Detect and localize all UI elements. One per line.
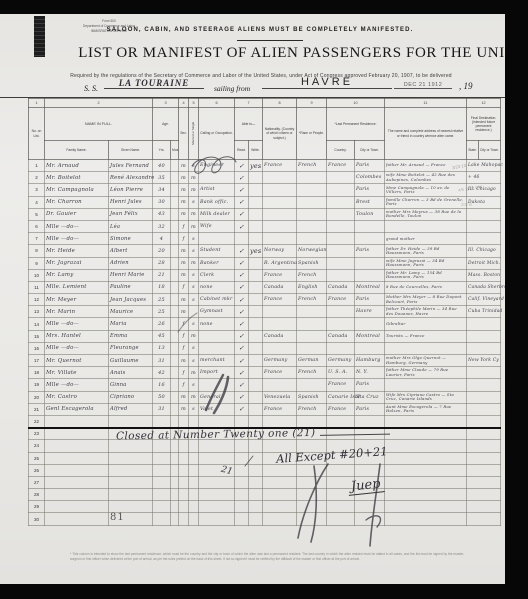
col-header-write: Write.	[249, 141, 263, 160]
cell-able-read	[235, 476, 249, 488]
cell-residence-city	[355, 257, 385, 269]
cell-age-years: 16	[153, 379, 171, 391]
col-header-married: Married or Single.	[189, 108, 199, 160]
cell-nationality	[263, 476, 297, 488]
cell-race	[297, 208, 327, 220]
cell-family-name	[45, 440, 109, 452]
cell-final-destination	[467, 428, 501, 440]
cell-nearest-relative	[385, 501, 467, 513]
cell-final-destination	[467, 452, 501, 464]
cell-able-write: yes	[249, 245, 263, 257]
cell-row-number: 1	[29, 160, 45, 172]
cell-row-number: 27	[29, 476, 45, 488]
cell-occupation	[199, 342, 235, 354]
cell-able-read: ✓	[235, 220, 249, 232]
cell-age-years: 35	[153, 172, 171, 184]
cell-marital-status	[189, 476, 199, 488]
cell-marital-status	[189, 452, 199, 464]
cell-age-years: 42	[153, 367, 171, 379]
cell-race: Spanish	[297, 391, 327, 403]
cell-family-name	[45, 513, 109, 525]
cell-race	[297, 233, 327, 245]
cell-sex: m	[179, 184, 189, 196]
cell-final-destination	[467, 367, 501, 379]
cell-marital-status: s	[189, 281, 199, 293]
cell-age-years: 21	[153, 269, 171, 281]
cell-nationality	[263, 220, 297, 232]
cell-final-destination	[467, 501, 501, 513]
cell-able-write	[249, 501, 263, 513]
cell-age-years: 18	[153, 281, 171, 293]
date-stamp: DEC 21 1912	[394, 82, 452, 89]
cell-sex: m	[179, 355, 189, 367]
cell-marital-status: s	[189, 294, 199, 306]
cell-nearest-relative: Mme Campagnola — 10 av. de Villiers, Par…	[385, 184, 467, 196]
cell-residence-city: Montreal	[355, 281, 385, 293]
column-labels-row: No. on List. NAME IN FULL. Age. Sex. Mar…	[29, 108, 501, 141]
cell-able-write	[249, 440, 263, 452]
cell-able-read	[235, 452, 249, 464]
cell-residence-country	[327, 513, 355, 525]
cell-race	[297, 513, 327, 525]
cell-family-name: Genl Escagerola	[45, 403, 109, 415]
cell-given-name: Maria	[109, 318, 153, 330]
cell-age-years: 25	[153, 294, 171, 306]
cell-final-destination	[467, 318, 501, 330]
col-header-relative: The name and complete address of nearest…	[385, 108, 467, 160]
sailing-from-label: sailing from	[214, 84, 250, 93]
cell-able-write	[249, 184, 263, 196]
col-header-dest-state: State.	[467, 141, 479, 160]
cell-given-name: Anais	[109, 367, 153, 379]
cell-sex: f	[179, 330, 189, 342]
cell-family-name: Mlle —do—	[45, 220, 109, 232]
cell-sex: f	[179, 379, 189, 391]
cell-able-read: ✓	[235, 403, 249, 415]
cell-given-name: Henri Jules	[109, 196, 153, 208]
footnote: * This column is intended to show the la…	[70, 552, 464, 562]
cell-residence-country: Canada	[327, 281, 355, 293]
cell-nearest-relative: grand mother	[385, 233, 467, 245]
cell-family-name: Mr. Meyer	[45, 294, 109, 306]
cell-race	[297, 220, 327, 232]
cell-able-read: ✓	[235, 281, 249, 293]
cell-final-destination: Cuba Trinidad	[467, 306, 501, 318]
cell-marital-status: m	[189, 367, 199, 379]
manifest-notice: SALOON, CABIN, AND STEERAGE ALIENS MUST …	[30, 27, 490, 33]
cell-nearest-relative: Aunt Mme Escagerola — 7 Rue Halzen, Pari…	[385, 403, 467, 415]
cell-row-number: 24	[29, 440, 45, 452]
cell-able-read: ✓	[235, 172, 249, 184]
cell-race: German	[297, 355, 327, 367]
cell-able-write	[249, 476, 263, 488]
col-header-married-label: Married or Single.	[192, 121, 196, 145]
cell-occupation: Banker	[199, 257, 235, 269]
ink-stamp-bar	[34, 16, 45, 57]
cell-race	[297, 172, 327, 184]
cell-residence-country: France	[327, 379, 355, 391]
cell-marital-status	[189, 489, 199, 501]
cell-able-write	[249, 269, 263, 281]
cell-given-name: Emma	[109, 330, 153, 342]
cell-nationality	[263, 306, 297, 318]
table-row: 8 Mr. Heide Albert 20 m s Student ✓ yes …	[29, 245, 501, 257]
cell-age-years: 31	[153, 355, 171, 367]
cell-able-write	[249, 257, 263, 269]
col-num-7: 7	[235, 99, 263, 108]
cell-row-number: 9	[29, 257, 45, 269]
cell-age-months	[171, 464, 179, 476]
cell-able-read: ✓	[235, 342, 249, 354]
cell-family-name: Mr. Quernot	[45, 355, 109, 367]
cell-given-name	[109, 415, 153, 427]
table-row: 19 Mlle —do— Ginna 16 f s ✓ France Paris	[29, 379, 501, 391]
cell-marital-status: s	[189, 160, 199, 172]
cell-age-years: 20	[153, 245, 171, 257]
cell-residence-country	[327, 257, 355, 269]
cell-marital-status: m	[189, 172, 199, 184]
table-row: 15 Mrs. Hantel Emma 45 f m ✓ Canada Cana…	[29, 330, 501, 342]
cell-given-name: Pauline	[109, 281, 153, 293]
cell-sex: m	[179, 208, 189, 220]
cell-able-read: ✓	[235, 367, 249, 379]
cell-occupation	[199, 172, 235, 184]
cell-occupation	[199, 489, 235, 501]
table-row: 18 Mr. Villate Anais 42 f m Import ✓ Fra…	[29, 367, 501, 379]
cell-family-name	[45, 464, 109, 476]
cell-sex: m	[179, 257, 189, 269]
manifest-table-body: 1 Mr. Arnaud Jules Fernand 40 m s Engine…	[29, 160, 501, 526]
cell-sex	[179, 440, 189, 452]
cell-able-read	[235, 415, 249, 427]
col-num-1: 1	[29, 99, 45, 108]
cell-nationality: Canada	[263, 330, 297, 342]
cell-residence-city: Paris	[355, 379, 385, 391]
cell-residence-country	[327, 501, 355, 513]
table-row: 17 Mr. Quernot Guillaume 31 m s merchant…	[29, 355, 501, 367]
cell-row-number: 10	[29, 269, 45, 281]
cell-nearest-relative: Wife Mrs Cipriano Castro — Sta Cruz, Can…	[385, 391, 467, 403]
cell-family-name	[45, 415, 109, 427]
cell-residence-city: Paris	[355, 160, 385, 172]
cell-residence-city	[355, 233, 385, 245]
cell-able-write	[249, 233, 263, 245]
cell-able-read: ✓	[235, 355, 249, 367]
cell-age-months	[171, 501, 179, 513]
cell-race	[297, 464, 327, 476]
cell-final-destination	[467, 391, 501, 403]
cell-sex	[179, 489, 189, 501]
table-row: 11 Mlle. Lemient Pauline 18 f s none ✓ C…	[29, 281, 501, 293]
cell-able-read: ✓	[235, 391, 249, 403]
cell-race: French	[297, 294, 327, 306]
table-header: 1 2 3 4 5 6 7 8 9 10 11 12 No. on List. …	[29, 99, 501, 160]
cell-occupation: merchant	[199, 355, 235, 367]
cell-age-years: 25	[153, 306, 171, 318]
cell-age-months	[171, 269, 179, 281]
table-row: 26	[29, 464, 501, 476]
table-row: 25	[29, 452, 501, 464]
cell-race: Norwegian	[297, 245, 327, 257]
cell-nearest-relative	[385, 489, 467, 501]
cell-occupation	[199, 415, 235, 427]
cell-age-years: 28	[153, 257, 171, 269]
table-row: 9 Mr. Jagrazai Adrien 28 m m Banker ✓ R.…	[29, 257, 501, 269]
cell-age-months	[171, 513, 179, 525]
cell-given-name: Jules Fernand	[109, 160, 153, 172]
cell-marital-status: s	[189, 403, 199, 415]
table-row: 20 Mr. Castro Cipriano 50 m m General ✓ …	[29, 391, 501, 403]
cell-final-destination: Calif. Vineyard	[467, 294, 501, 306]
cell-age-years: 40	[153, 160, 171, 172]
cell-race	[297, 196, 327, 208]
cell-given-name: Alfred	[109, 403, 153, 415]
col-num-3: 3	[153, 99, 179, 108]
col-header-able: Able to—	[235, 108, 263, 141]
cell-age-months	[171, 355, 179, 367]
cell-able-read: ✓	[235, 257, 249, 269]
cell-occupation	[199, 330, 235, 342]
cell-sex	[179, 415, 189, 427]
cell-nationality: France	[263, 403, 297, 415]
cell-age-months	[171, 281, 179, 293]
cell-final-destination	[467, 330, 501, 342]
cell-given-name: Maurice	[109, 306, 153, 318]
cell-nationality: France	[263, 294, 297, 306]
cell-marital-status: m	[189, 220, 199, 232]
cell-occupation	[199, 440, 235, 452]
cell-final-destination	[467, 489, 501, 501]
cell-sex: f	[179, 342, 189, 354]
cell-occupation: Clerk	[199, 269, 235, 281]
cell-family-name: Mlle —do—	[45, 379, 109, 391]
port-name: HAVRE	[262, 76, 392, 89]
col-num-8: 8	[263, 99, 297, 108]
cell-age-months	[171, 489, 179, 501]
col-header-residence: *Last Permanent Residence.	[327, 108, 385, 141]
col-header-destination: Final Destination. (Intended future perm…	[467, 108, 501, 141]
cell-able-write	[249, 220, 263, 232]
cell-row-number: 19	[29, 379, 45, 391]
col-header-country: Country.	[327, 141, 355, 160]
cell-sex	[179, 513, 189, 525]
cell-row-number: 23	[29, 428, 45, 440]
cell-marital-status: s	[189, 379, 199, 391]
page-title: LIST OR MANIFEST OF ALIEN PASSENGERS FOR…	[72, 45, 505, 62]
cell-residence-country: France	[327, 160, 355, 172]
cell-residence-country: France	[327, 294, 355, 306]
cell-given-name: Ginna	[109, 379, 153, 391]
cell-residence-country: France	[327, 403, 355, 415]
cell-residence-city: Hamburg	[355, 355, 385, 367]
cell-given-name: Adrien	[109, 257, 153, 269]
cell-marital-status: s	[189, 342, 199, 354]
cell-race: French	[297, 269, 327, 281]
cell-occupation	[199, 452, 235, 464]
cell-race	[297, 489, 327, 501]
cell-marital-status	[189, 501, 199, 513]
column-numbers-row: 1 2 3 4 5 6 7 8 9 10 11 12	[29, 99, 501, 108]
cell-final-destination: Detroit Mich.	[467, 257, 501, 269]
table-row: 12 Mr. Meyer Jean Jacques 25 m s Cabinet…	[29, 294, 501, 306]
cell-residence-city: Brest	[355, 196, 385, 208]
cell-residence-country: Canada	[327, 330, 355, 342]
cell-age-years	[153, 464, 171, 476]
cell-given-name	[109, 464, 153, 476]
cell-able-write	[249, 403, 263, 415]
cell-family-name: Mr. Campagnola	[45, 184, 109, 196]
cell-age-years: 45	[153, 330, 171, 342]
cell-family-name: Mr. Heide	[45, 245, 109, 257]
cell-nearest-relative	[385, 513, 467, 525]
footnote-line-2: If not so signed it must be verified by …	[223, 557, 360, 561]
cell-race	[297, 330, 327, 342]
cell-row-number: 15	[29, 330, 45, 342]
notice-underline	[237, 40, 303, 41]
cell-family-name: Dr. Gauier	[45, 208, 109, 220]
cell-age-months	[171, 367, 179, 379]
cell-marital-status: s	[189, 269, 199, 281]
cell-residence-city: Montreal	[355, 330, 385, 342]
cell-nearest-relative: wife Mme Jagrazai — 34 Bd Haussmann, Par…	[385, 257, 467, 269]
cell-final-destination	[467, 464, 501, 476]
cell-row-number: 18	[29, 367, 45, 379]
cell-age-months	[171, 403, 179, 415]
cell-occupation	[199, 501, 235, 513]
cell-row-number: 28	[29, 489, 45, 501]
cell-sex: m	[179, 306, 189, 318]
cell-age-months	[171, 196, 179, 208]
table-row: 29	[29, 501, 501, 513]
cell-able-read: ✓	[235, 245, 249, 257]
closed-note-rule	[320, 425, 390, 436]
cell-occupation	[199, 476, 235, 488]
cell-nearest-relative	[385, 379, 467, 391]
cell-final-destination: + 46	[467, 172, 501, 184]
cell-sex: f	[179, 233, 189, 245]
cell-row-number: 29	[29, 501, 45, 513]
cell-row-number: 6	[29, 220, 45, 232]
cell-age-years	[153, 501, 171, 513]
cell-able-read	[235, 464, 249, 476]
cell-nationality	[263, 489, 297, 501]
cell-row-number: 30	[29, 513, 45, 525]
cell-marital-status: s	[189, 196, 199, 208]
cell-nationality: France	[263, 367, 297, 379]
col-header-calling: Calling or Occupation.	[199, 108, 235, 160]
cell-residence-country	[327, 318, 355, 330]
cell-able-read: ✓	[235, 330, 249, 342]
cell-family-name	[45, 489, 109, 501]
cell-family-name: Mr. Marin	[45, 306, 109, 318]
cell-final-destination	[467, 342, 501, 354]
cell-final-destination: Canada Sherbrooke	[467, 281, 501, 293]
cell-marital-status	[189, 415, 199, 427]
cell-able-write	[249, 330, 263, 342]
cell-age-months	[171, 342, 179, 354]
cell-nationality: Venezuela	[263, 391, 297, 403]
cell-marital-status	[189, 464, 199, 476]
cell-occupation: Engineer	[199, 160, 235, 172]
cell-age-years: 31	[153, 403, 171, 415]
col-header-age: Age.	[153, 108, 179, 141]
cell-able-read: ✓	[235, 379, 249, 391]
cell-residence-country	[327, 196, 355, 208]
cell-given-name: Léon Pierre	[109, 184, 153, 196]
cell-age-years	[153, 476, 171, 488]
table-row: 21 Genl Escagerola Alfred 31 m s Valet ✓…	[29, 403, 501, 415]
cell-nationality: France	[263, 160, 297, 172]
cell-able-read	[235, 489, 249, 501]
cell-nearest-relative: father Mme Claude — 79 Rue Laurier, Pari…	[385, 367, 467, 379]
cell-sex: m	[179, 196, 189, 208]
cell-residence-country	[327, 342, 355, 354]
cell-race: French	[297, 160, 327, 172]
cell-able-write	[249, 489, 263, 501]
cell-race	[297, 184, 327, 196]
cell-sex: m	[179, 269, 189, 281]
cell-row-number: 8	[29, 245, 45, 257]
cell-residence-city: Toulon	[355, 208, 385, 220]
cell-family-name	[45, 452, 109, 464]
cell-row-number: 4	[29, 196, 45, 208]
cell-able-read	[235, 233, 249, 245]
cell-sex	[179, 464, 189, 476]
cell-nationality	[263, 318, 297, 330]
cell-nationality	[263, 184, 297, 196]
cell-residence-city	[355, 318, 385, 330]
cell-able-write	[249, 196, 263, 208]
col-header-read: Read.	[235, 141, 249, 160]
cell-race	[297, 476, 327, 488]
cell-occupation	[199, 233, 235, 245]
cell-sex: f	[179, 367, 189, 379]
cell-row-number: 13	[29, 306, 45, 318]
cell-given-name	[109, 489, 153, 501]
cell-residence-country	[327, 172, 355, 184]
cell-occupation: Valet	[199, 403, 235, 415]
cell-occupation: Cabinet mkr	[199, 294, 235, 306]
cell-family-name: Mrs. Hantel	[45, 330, 109, 342]
cell-residence-country	[327, 245, 355, 257]
cell-able-write	[249, 294, 263, 306]
page-number: 81	[110, 512, 125, 523]
table-row: 3 Mr. Campagnola Léon Pierre 34 m m Arti…	[29, 184, 501, 196]
cell-able-read: ✓	[235, 196, 249, 208]
cell-race	[297, 306, 327, 318]
cell-given-name: Henri Marie	[109, 269, 153, 281]
cell-final-destination: Lake Mahopac	[467, 160, 501, 172]
cell-able-write	[249, 355, 263, 367]
cell-occupation: Artist	[199, 184, 235, 196]
col-num-6: 6	[199, 99, 235, 108]
cell-residence-country: Germany	[327, 355, 355, 367]
table-row: 16 Mlle —do— Fleurange 13 f s ✓	[29, 342, 501, 354]
cell-residence-country: U. S. A.	[327, 367, 355, 379]
cell-row-number: 26	[29, 464, 45, 476]
cell-nearest-relative	[385, 440, 467, 452]
cell-age-months	[171, 318, 179, 330]
cell-marital-status: m	[189, 257, 199, 269]
cell-family-name	[45, 476, 109, 488]
cell-able-read: ✓	[235, 269, 249, 281]
cell-nationality	[263, 208, 297, 220]
table-row: 28	[29, 489, 501, 501]
cell-residence-city: Havre	[355, 306, 385, 318]
cell-given-name: Jean Jacques	[109, 294, 153, 306]
cell-age-months	[171, 208, 179, 220]
cell-nearest-relative: mother Mrs Meyrus — 38 Rue de la Rondell…	[385, 208, 467, 220]
